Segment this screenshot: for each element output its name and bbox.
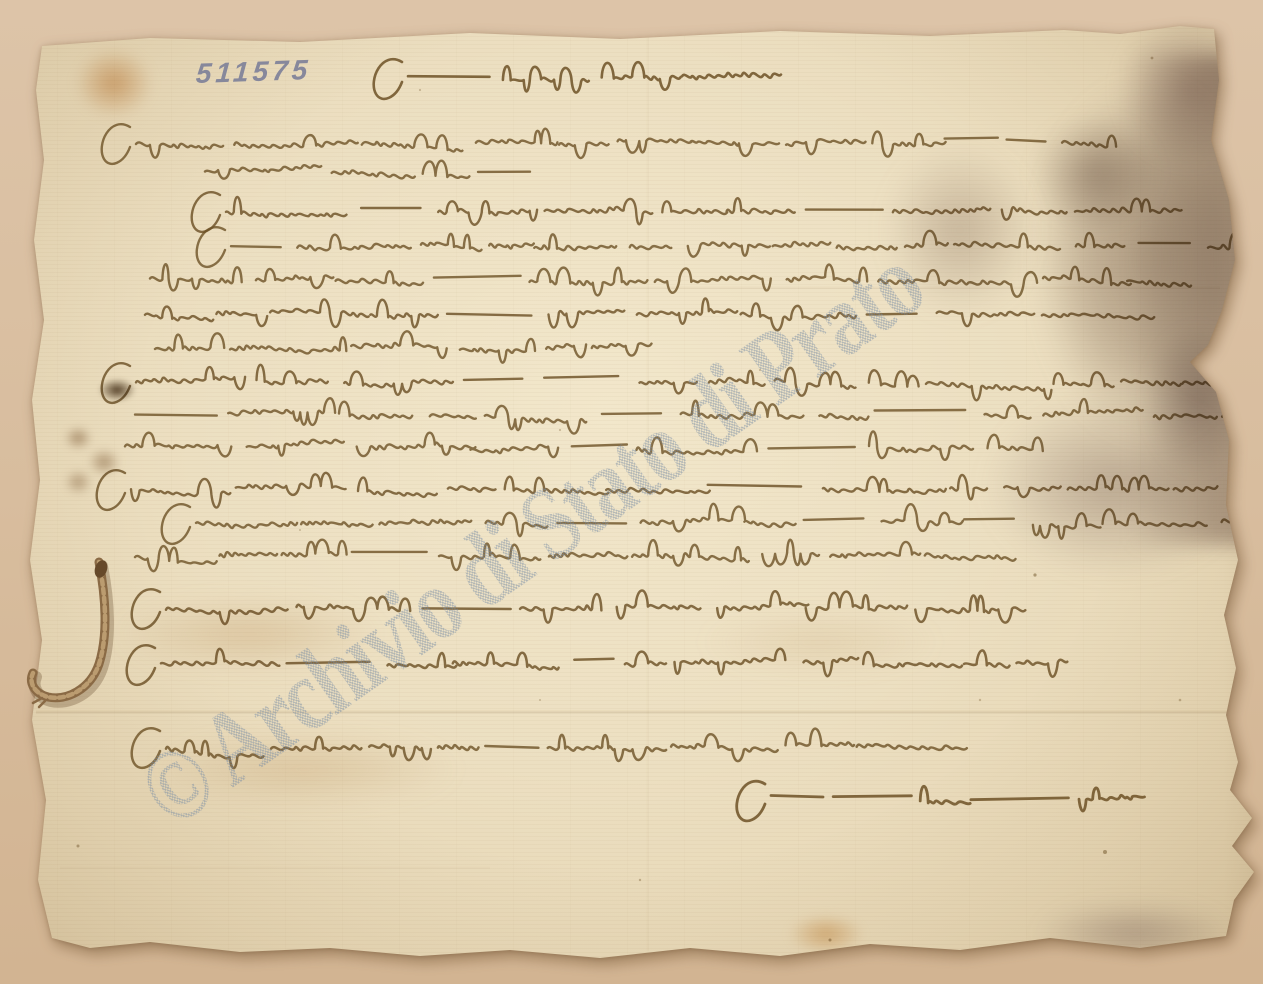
ink-speck [419,89,421,91]
stain-right-lower-bulge [985,395,1245,575]
ink-speck [639,879,641,881]
handwritten-text-line [145,298,1154,330]
horizontal-fold-crease [36,710,1236,714]
vertical-fold-crease [646,36,649,951]
stain-wash-lower-left [150,733,460,805]
stain-bottom-orange [788,914,864,954]
handwritten-text-line [125,431,1043,459]
archival-number-stamp: 511575 [195,54,313,90]
ink-speck [1033,573,1036,576]
handwritten-text-line [127,645,1068,685]
ink-speck [1151,57,1154,60]
manuscript-page: 511575 © Archivio di Stato di Prato [0,0,1263,984]
handwritten-text-line [374,59,781,99]
stain-top-right-tongue [885,145,1035,315]
handwritten-text-line [132,728,967,768]
scan-background: 511575 © Archivio di Stato di Prato [0,0,1263,984]
handwriting-ink-layer [0,0,1263,984]
archive-copyright-watermark: © Archivio di Stato di Prato [122,230,939,846]
handwritten-text-line [192,192,1182,232]
stain-dark-knot [1145,325,1250,475]
stain-top-right-corner [1115,12,1263,167]
handwritten-text-line [102,124,1116,164]
stain-wash-center [700,612,940,672]
handwritten-text-line [135,540,1015,571]
ink-speck [979,699,981,701]
ink-speck [1179,699,1182,702]
ink-speck [1103,850,1107,854]
ink-speck [77,845,80,848]
stain-right-edge-band [1130,55,1260,545]
stain-left-cluster [56,418,130,498]
handwritten-text-line [135,398,1247,433]
ink-speck [299,529,301,531]
handwritten-text-line [162,504,1232,544]
handwritten-text-line [155,331,652,362]
ink-speck [759,369,761,371]
handwritten-text-line [197,227,1242,267]
stain-dark-knot [1030,115,1160,230]
handwritten-text-line [205,161,530,179]
handwritten-text-line [97,470,1218,510]
ink-speck [559,429,561,431]
ink-speck [209,319,211,321]
handwritten-text-line [150,264,1191,296]
paper-vignette [0,0,1263,984]
stain-top-right-cloud [940,80,1260,480]
horizontal-fold-crease [620,286,1220,289]
ink-speck [539,699,541,701]
stain-bottom-right-gray [1035,902,1235,964]
ink-blot-left-margin [98,378,136,402]
ink-speck [829,939,832,942]
paper-shadow-wrapper: 511575 © Archivio di Stato di Prato [0,0,1263,984]
stain-top-left-orange [75,48,153,118]
handwritten-text-line [102,363,1231,403]
stain-wash-left [115,598,385,670]
handwritten-text-line [737,781,1145,821]
horizontal-fold-crease [60,866,490,869]
handwritten-text-line [132,589,1026,629]
